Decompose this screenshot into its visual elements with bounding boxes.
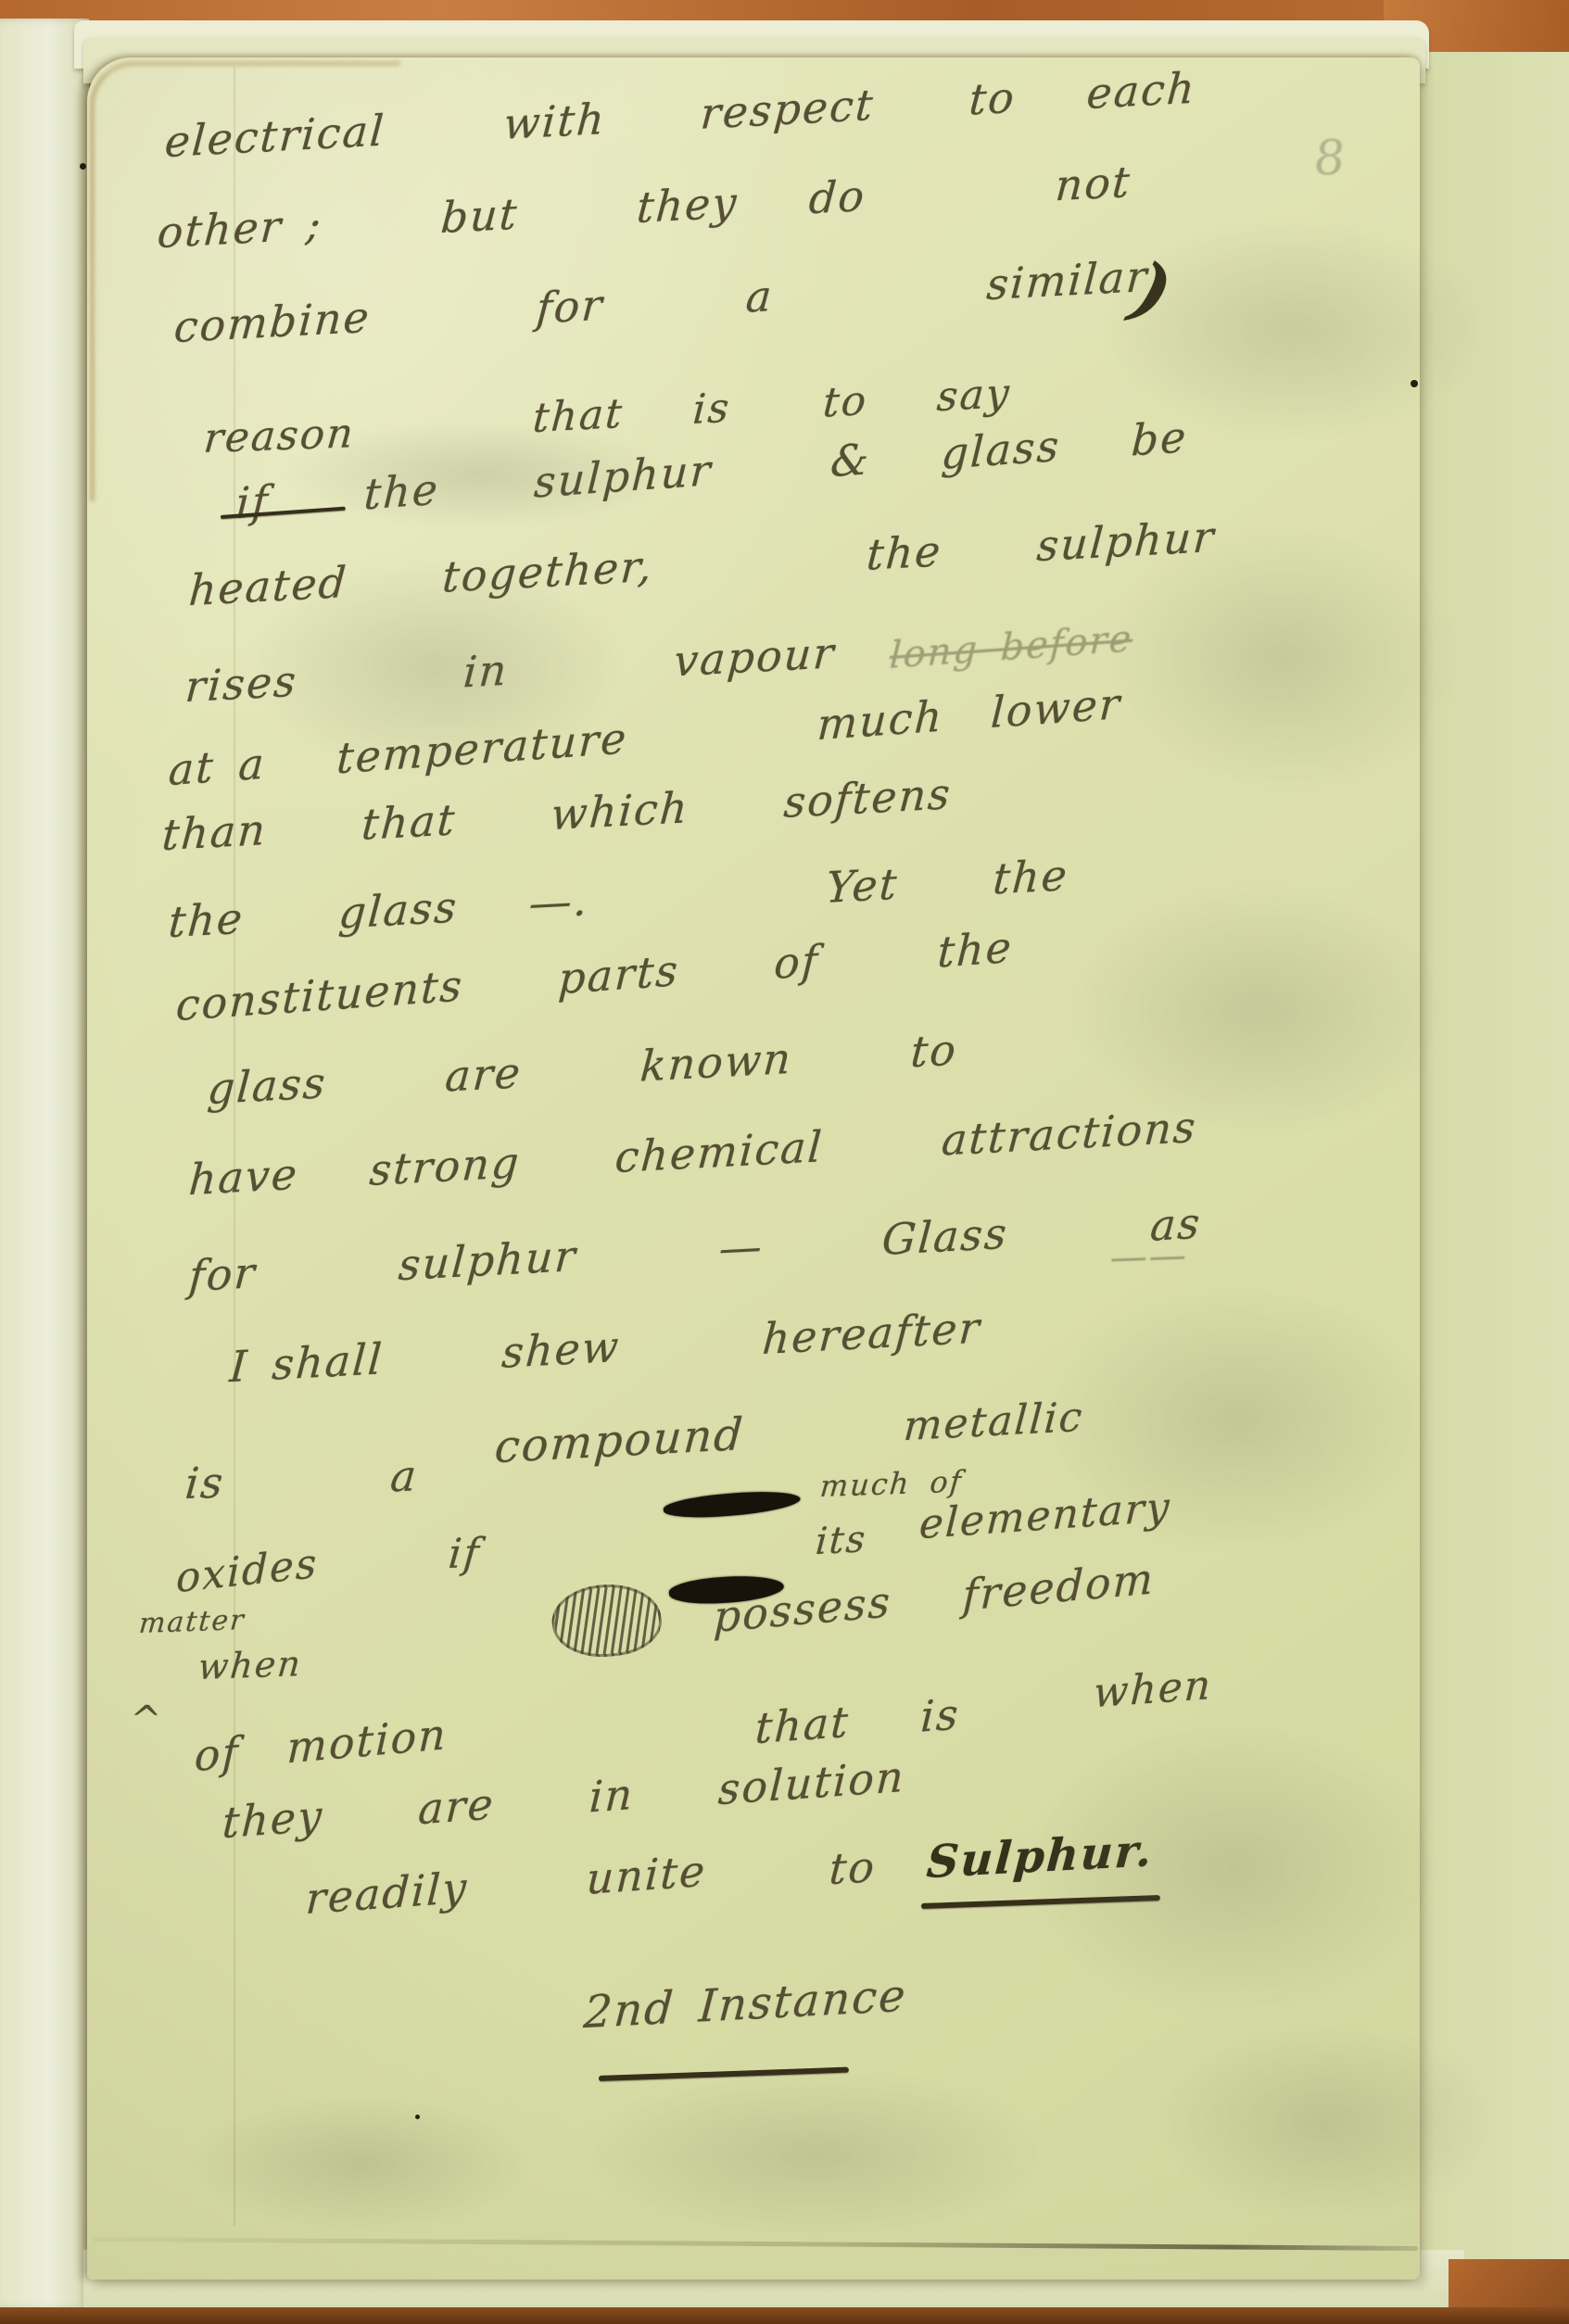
manuscript-line: to xyxy=(828,1845,877,1890)
photograph-scene: electrical with respect to eachother ; b… xyxy=(0,0,1569,2324)
manuscript-line: I shall shew hereafter xyxy=(228,1306,982,1388)
manuscript-line: glass are known to xyxy=(206,1028,958,1110)
page-number-pencil: 8 xyxy=(1311,134,1349,183)
manuscript-line: oxides xyxy=(176,1544,319,1599)
manuscript-line: its xyxy=(815,1521,868,1560)
manuscript-line: solution xyxy=(717,1755,906,1811)
struck-out-words: long before xyxy=(889,621,1133,676)
manuscript-line: of motion xyxy=(194,1712,448,1777)
manuscript-line: is a xyxy=(183,1454,420,1505)
wood-table-bottom xyxy=(0,2307,1569,2324)
manuscript-line: constituents parts of the xyxy=(175,926,1014,1027)
show-through xyxy=(1149,2020,1501,2224)
ink-blot xyxy=(663,1487,802,1522)
manuscript-line: readily unite xyxy=(305,1850,708,1921)
show-through xyxy=(1066,880,1455,1140)
show-through xyxy=(241,556,630,778)
show-through xyxy=(1094,213,1492,445)
show-through xyxy=(1038,1279,1436,1557)
manuscript-line: compound xyxy=(493,1412,745,1470)
manuscript-line: if xyxy=(447,1534,482,1575)
manuscript-line: that is xyxy=(754,1692,961,1749)
ink-speck xyxy=(80,163,86,170)
show-through xyxy=(575,2066,1057,2242)
manuscript-line: combine for a similar xyxy=(172,255,1149,348)
manuscript-line: much of xyxy=(819,1467,964,1501)
manuscript-line: electrical with respect to each xyxy=(163,67,1197,164)
manuscript-line: other ; but they do not xyxy=(156,160,1132,254)
show-through xyxy=(185,2094,538,2233)
trailing-dash: —— xyxy=(1108,1237,1189,1277)
manuscript-line: possess freedom xyxy=(713,1557,1156,1638)
handwriting-layer: electrical with respect to eachother ; b… xyxy=(0,0,1569,2324)
manuscript-line: they are in xyxy=(221,1773,636,1844)
show-through xyxy=(1103,519,1464,797)
manuscript-line: have strong chemical attractions xyxy=(187,1105,1198,1201)
manuscript-line: matter xyxy=(138,1607,247,1638)
scratched-out-word xyxy=(549,1579,665,1662)
manuscript-line: 2nd Instance xyxy=(582,1974,908,2036)
show-through xyxy=(278,419,677,530)
manuscript-line: when xyxy=(1093,1665,1213,1714)
manuscript-line: when xyxy=(196,1646,303,1685)
caret-mark: ^ xyxy=(128,1701,165,1738)
show-through xyxy=(1019,1714,1446,2020)
